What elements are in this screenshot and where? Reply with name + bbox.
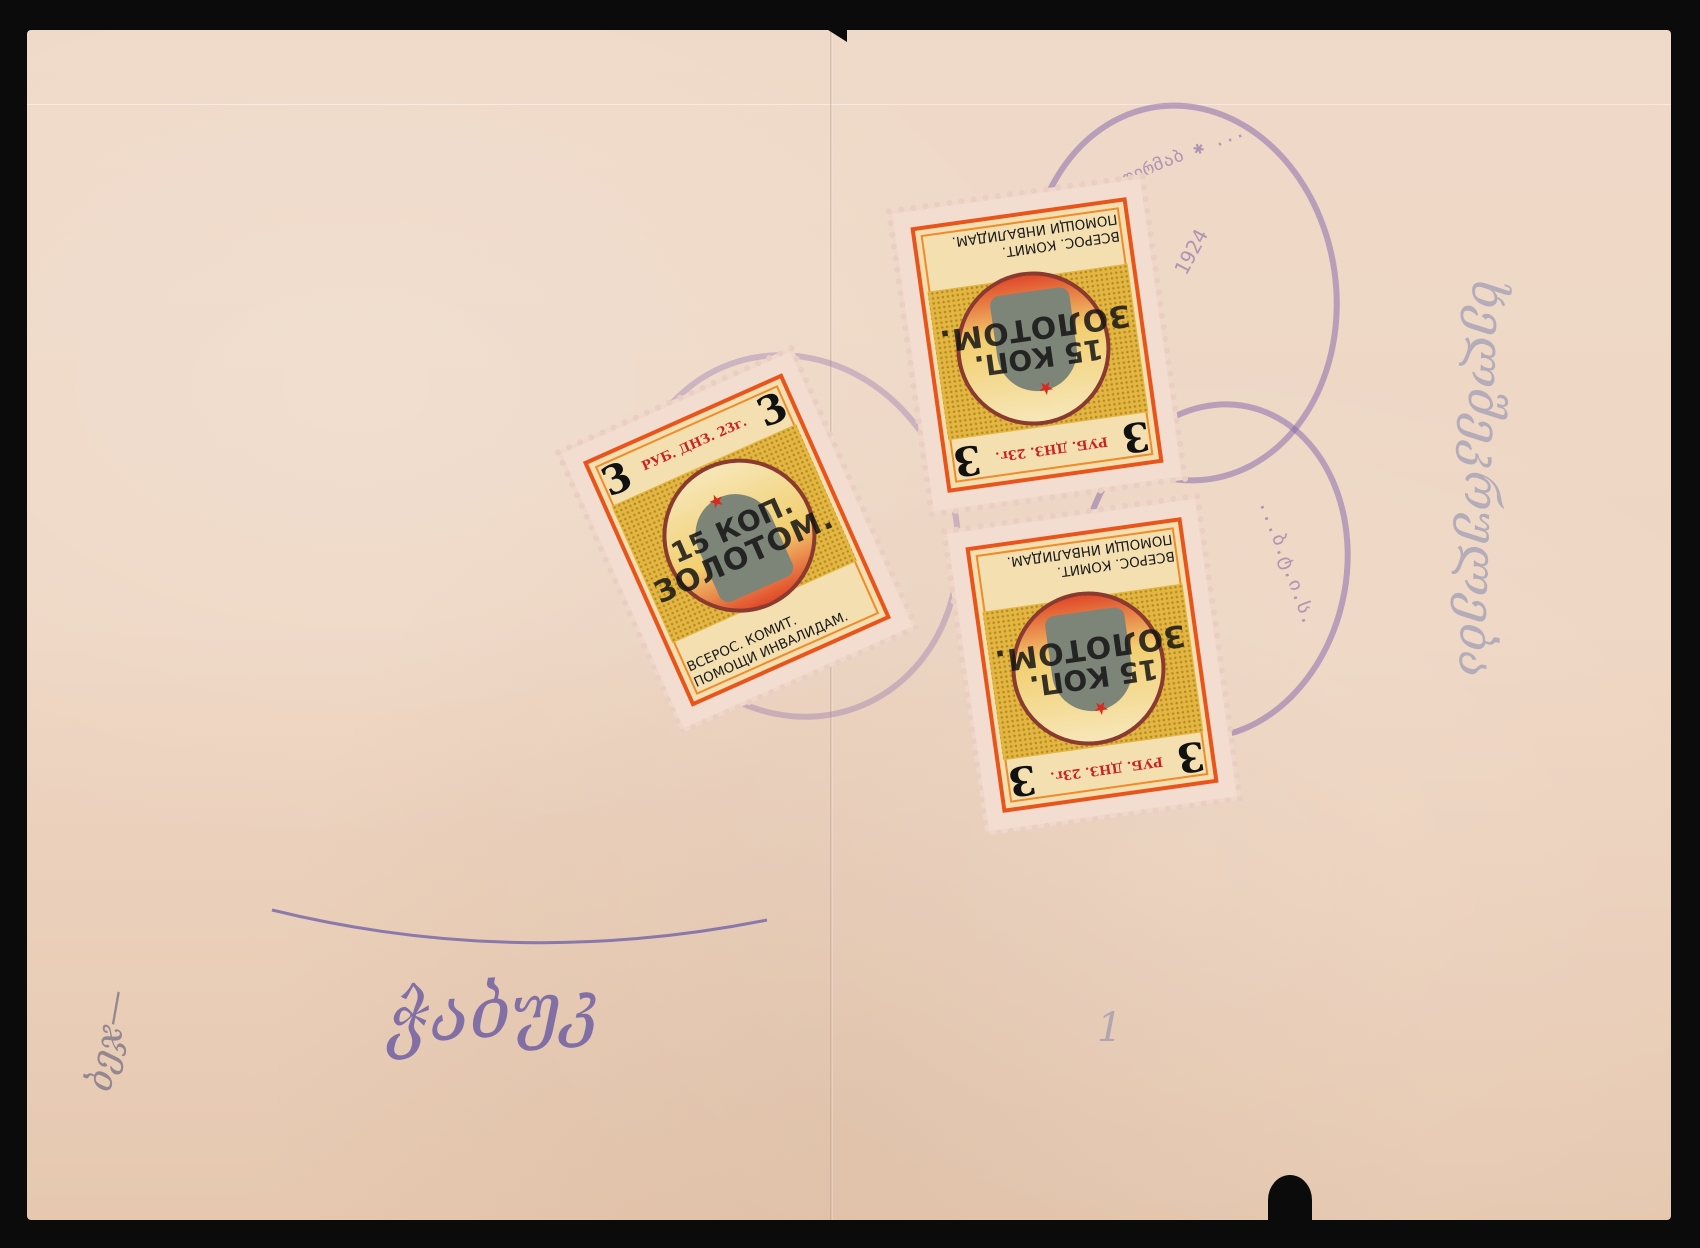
stamp-value-right: 3 [1005,756,1039,806]
handwritten-signature: ჭაბუკ [384,963,603,1062]
stamp-value-right: 3 [950,436,984,486]
stamp-overprint: 15 КОП. ЗОЛОТОМ. [932,297,1141,385]
red-star-icon: ★ [1092,696,1111,719]
document-paper: 1924 ვოლდერმაბ ✱ ... ...ბ.ტ.ი.ს. 3 РУБ. … [27,30,1671,1220]
paper-tear-bottom [1268,1175,1312,1225]
red-star-icon: ★ [1037,376,1056,399]
horizontal-fold-line [27,104,1671,105]
pencil-note-right: ხელშეკრულება [1447,278,1517,679]
margin-handwritten-note: ბეჯ— [79,987,137,1095]
stamp-overprint: 15 КОП. ЗОЛОТОМ. [987,617,1196,705]
stamp-denomination-text: РУБ. ДНЗ. 23г. [994,434,1108,465]
stamp-denomination-text: РУБ. ДНЗ. 23г. [1049,754,1163,785]
charity-stamp-3: 3 РУБ. ДНЗ. 23г. 3 ★ 15 КОП. ЗОЛОТОМ. ВС… [947,499,1236,831]
charity-stamp-2: 3 РУБ. ДНЗ. 23г. 3 ★ 15 КОП. ЗОЛОТОМ. ВС… [892,179,1181,511]
ink-underline-stroke [267,890,787,970]
pencil-mark: 1 [1097,1005,1122,1051]
